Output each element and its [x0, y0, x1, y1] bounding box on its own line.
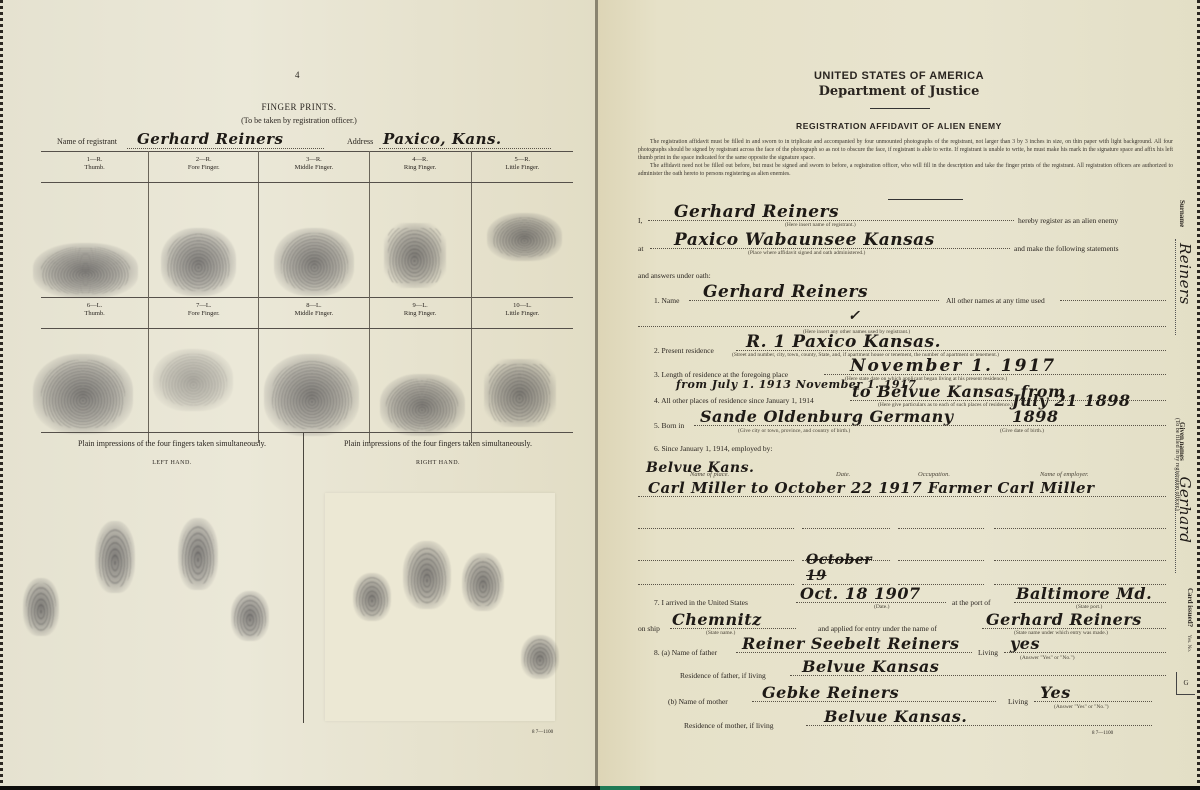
q8b-residence-field: Belvue Kansas. [806, 711, 1152, 726]
finger-header-9: 9—L.Ring Finger. [369, 298, 471, 329]
finger-name: Little Finger. [472, 310, 573, 318]
print-cell-9 [369, 329, 471, 444]
q1-label: 1. Name [654, 296, 679, 305]
fingerprint-image [274, 228, 354, 296]
q7-port-field: Baltimore Md. [1014, 588, 1166, 603]
finger-name: Middle Finger. [259, 310, 368, 318]
q8a-label: 8. (a) Name of father [654, 648, 717, 657]
q2-residence-field: R. 1 Paxico Kansas. [736, 336, 1166, 351]
instructions: The registration affidavit must be fille… [638, 138, 1173, 178]
left-plain-print-index [231, 591, 269, 641]
left-plain-print-little [23, 578, 59, 636]
finger-header-8: 8—L.Middle Finger. [259, 298, 369, 329]
q2-residence-value: R. 1 Paxico Kansas. [746, 334, 941, 350]
q6-row-2-date [802, 516, 890, 529]
plain-caption-right: Plain impressions of the four fingers ta… [303, 439, 573, 448]
oath-line: and answers under oath: [638, 271, 711, 280]
q8b-living-value: Yes [1040, 685, 1071, 701]
q5-birth-date-value: July 21 1898 1898 [1012, 393, 1166, 425]
q6-col-occupation: Occupation. [918, 471, 950, 478]
address-value: Paxico, Kans. [383, 130, 502, 148]
q5-label: 5. Born in [654, 421, 684, 430]
fingerprint-image [161, 228, 236, 296]
q6-row-2-employer [994, 516, 1166, 529]
q7-port-label: at the port of [952, 598, 991, 607]
card-issued-label: Card issued? [1186, 588, 1194, 627]
finger-name: Little Finger. [472, 164, 573, 172]
q7-date-caption: (Date.) [874, 604, 889, 610]
q6-row-4-place [638, 572, 794, 585]
print-cell-3 [259, 183, 369, 298]
right-plain-print-ring [462, 553, 504, 611]
q8a-father-value: Reiner Seebelt Reiners [742, 636, 960, 652]
q6-col-employer: Name of employer. [1040, 471, 1089, 478]
q6-employment-row-1-value: Carl Miller to October 22 1917 Farmer Ca… [648, 480, 1094, 496]
q8b-living-caption: (Answer "Yes" or "No.") [1054, 704, 1109, 710]
q8a-residence-value: Belvue Kansas [802, 659, 939, 675]
registrant-name-value: Gerhard Reiners [674, 204, 839, 220]
print-cell-10 [471, 329, 573, 444]
q8b-living-label: Living [1008, 697, 1028, 706]
instruction-paragraph-2: The affidavit need not be filled out bef… [638, 162, 1173, 178]
print-cell-1 [41, 183, 149, 298]
header-rule [870, 108, 930, 109]
q1-other-names-value: ✓ [848, 308, 860, 324]
instructions-rule [888, 199, 963, 200]
finger-header-5: 5—R.Little Finger. [471, 152, 573, 183]
finger-prints-title: FINGER PRINTS. [0, 102, 598, 112]
fingerprint-image [153, 349, 233, 411]
print-cell-5 [471, 183, 573, 298]
declaration-suffix-2: and make the following statements [1014, 244, 1119, 253]
fingerprint-image [487, 213, 562, 261]
place-value: Paxico Wabaunsee Kansas [674, 232, 935, 248]
q5-date-caption: (Give date of birth.) [1000, 428, 1044, 434]
finger-header-4: 4—R.Ring Finger. [369, 152, 471, 183]
registrant-value: Gerhard Reiners [137, 130, 284, 148]
fingerprint-image [264, 354, 359, 436]
q6-row-3-place [638, 548, 794, 561]
fingerprint-image [33, 354, 133, 434]
q8a-living-value: yes [1010, 636, 1040, 652]
card-issued-options: Yes. No. [1186, 635, 1191, 652]
q7-date-value: Oct. 18 1907 [800, 586, 921, 602]
country-heading: UNITED STATES OF AMERICA [598, 70, 1200, 82]
left-plain-print-ring [95, 521, 135, 593]
green-tab [600, 786, 640, 790]
print-cell-2 [149, 183, 259, 298]
finger-prints-subtitle: (To be taken by registration officer.) [0, 116, 598, 125]
declaration-suffix-1: hereby register as an alien enemy [1018, 216, 1118, 225]
finger-header-2: 2—R.Fore Finger. [149, 152, 259, 183]
right-hand-header-row: 1—R.Thumb. 2—R.Fore Finger. 3—R.Middle F… [41, 152, 573, 183]
q6-col-place: Name of place. [690, 471, 729, 478]
q8b-label: (b) Name of mother [668, 697, 728, 706]
finger-number: 4—R. [370, 156, 471, 164]
registrant-row: Name of registrant Gerhard Reiners Addre… [57, 128, 557, 150]
at-label: at [638, 244, 643, 253]
address-label: Address [347, 137, 373, 146]
form-number-right: 8 7—1100 [1092, 731, 1113, 736]
q7-label: 7. I arrived in the United States [654, 598, 748, 607]
department-heading: Department of Justice [598, 84, 1200, 99]
finger-number: 6—L. [41, 302, 148, 310]
print-cell-8 [259, 329, 369, 444]
right-plain-print-middle [403, 541, 451, 609]
finger-number: 7—L. [149, 302, 258, 310]
q1-name-field: Gerhard Reiners [689, 286, 939, 301]
registrant-label: Name of registrant [57, 137, 117, 146]
finger-name: Thumb. [41, 164, 148, 172]
place-field: Paxico Wabaunsee Kansas [650, 234, 1010, 249]
right-hand-prints-row [41, 183, 573, 298]
q6-row-4-date: October 19 [802, 566, 890, 585]
q8b-residence-label: Residence of mother, if living [684, 721, 773, 730]
surname-label: Surname [1178, 200, 1186, 227]
hand-divider [303, 433, 304, 723]
right-hand-label: RIGHT HAND. [303, 460, 573, 466]
q8a-living-field: yes [1004, 638, 1166, 653]
q6-extra-value: October 19 [806, 552, 890, 584]
q4-label: 4. All other places of residence since J… [654, 396, 814, 405]
q6-employment-row-1: Carl Miller to October 22 1917 Farmer Ca… [638, 480, 1166, 497]
q3-length-field: November 1. 1917 [824, 360, 1166, 375]
q8a-residence-field: Belvue Kansas [790, 661, 1166, 676]
q5-birth-place-value: Sande Oldenburg Germany [700, 409, 954, 425]
q7-ship-value: Chemnitz [672, 612, 762, 628]
right-plain-print-index [353, 573, 391, 621]
finger-header-1: 1—R.Thumb. [41, 152, 149, 183]
page-number: 4 [295, 70, 300, 80]
place-caption: (Place where affidavit signed and oath a… [748, 250, 865, 256]
q8a-father-field: Reiner Seebelt Reiners [736, 638, 972, 653]
plain-impressions-section: Plain impressions of the four fingers ta… [41, 432, 573, 723]
form-number-left: 8 7—1100 [532, 730, 553, 735]
instruction-paragraph-1: The registration affidavit must be fille… [638, 138, 1173, 162]
scan-bottom-edge [0, 786, 1200, 790]
finger-name: Ring Finger. [370, 164, 471, 172]
print-cell-6 [41, 329, 149, 444]
finger-header-10: 10—L.Little Finger. [471, 298, 573, 329]
form-title: REGISTRATION AFFIDAVIT OF ALIEN ENEMY [598, 121, 1200, 131]
finger-header-6: 6—L.Thumb. [41, 298, 149, 329]
q6-row-2-occupation [898, 516, 984, 529]
fingerprint-table: 1—R.Thumb. 2—R.Fore Finger. 3—R.Middle F… [41, 151, 573, 443]
left-hand-header-row: 6—L.Thumb. 7—L.Fore Finger. 8—L.Middle F… [41, 298, 573, 329]
q1-other-names-field [1060, 290, 1166, 301]
fingerprint-image [380, 374, 465, 436]
finger-name: Thumb. [41, 310, 148, 318]
q5-place-caption: (Give city or town, province, and countr… [738, 428, 850, 434]
fingerprint-image [384, 223, 446, 288]
q8b-mother-field: Gebke Reiners [752, 687, 996, 702]
g-box: G [1176, 672, 1195, 695]
q7-port-value: Baltimore Md. [1016, 586, 1152, 602]
finger-number: 8—L. [259, 302, 368, 310]
print-cell-7 [149, 329, 259, 444]
left-plain-print-middle [178, 518, 218, 590]
given-names-caption: (To be filled in by registration officer… [1174, 418, 1180, 511]
q5-birth-field: Sande Oldenburg Germany July 21 1898 189… [694, 411, 1166, 426]
q8b-mother-value: Gebke Reiners [762, 685, 899, 701]
registrant-field: Gerhard Reiners [127, 128, 324, 149]
left-hand-label: LEFT HAND. [41, 460, 303, 466]
finger-number: 10—L. [472, 302, 573, 310]
q1-other-names-line-2: ✓ [638, 314, 1166, 327]
q6-row-3-occupation [898, 548, 984, 561]
q7-ship-label: on ship [638, 624, 660, 633]
declaration-prefix: I, [638, 216, 642, 225]
q8a-living-label: Living [978, 648, 998, 657]
q7-entry-label: and applied for entry under the name of [818, 624, 937, 633]
q7-ship-caption: (State name.) [706, 630, 735, 636]
finger-name: Fore Finger. [149, 310, 258, 318]
finger-name: Middle Finger. [259, 164, 368, 172]
attached-paper-patch [325, 493, 555, 721]
q6-label: 6. Since January 1, 1914, employed by: [654, 444, 773, 453]
side-surname: Surname Reiners [1176, 200, 1194, 335]
q6-col-date: Date. [836, 471, 850, 478]
registrant-caption: (Here insert name of registrant.) [785, 222, 856, 228]
left-hand-prints-row [41, 329, 573, 444]
q6-row-3-employer [994, 548, 1166, 561]
plain-caption-left: Plain impressions of the four fingers ta… [41, 439, 303, 448]
officer-side-strip: Surname Reiners Given names Gerhard (To … [1168, 200, 1198, 720]
finger-name: Fore Finger. [149, 164, 258, 172]
finger-name: Ring Finger. [370, 310, 471, 318]
finger-number: 9—L. [370, 302, 471, 310]
fingerprint-image [33, 243, 138, 298]
finger-number: 5—R. [472, 156, 573, 164]
q3-length-value: November 1. 1917 [850, 358, 1056, 374]
q6-row-2-place [638, 516, 794, 529]
registrant-name-field: Gerhard Reiners [648, 206, 1014, 221]
finger-header-7: 7—L.Fore Finger. [149, 298, 259, 329]
q7-date-field: Oct. 18 1907 [796, 588, 946, 603]
q7-ship-field: Chemnitz [670, 614, 796, 629]
q7-entry-name-value: Gerhard Reiners [986, 612, 1142, 628]
q1-name-value: Gerhard Reiners [703, 284, 868, 300]
print-cell-4 [369, 183, 471, 298]
q8a-residence-label: Residence of father, if living [680, 671, 766, 680]
q8b-residence-value: Belvue Kansas. [824, 709, 967, 725]
address-field: Paxico, Kans. [379, 128, 551, 149]
q1-other-names-label: All other names at any time used [946, 296, 1045, 305]
finger-number: 2—R. [149, 156, 258, 164]
finger-number: 3—R. [259, 156, 368, 164]
q7-entry-name-field: Gerhard Reiners [982, 614, 1166, 629]
q8b-living-field: Yes [1034, 687, 1152, 702]
left-page-finger-prints: 4 FINGER PRINTS. (To be taken by registr… [0, 0, 598, 786]
finger-number: 1—R. [41, 156, 148, 164]
finger-header-3: 3—R.Middle Finger. [259, 152, 369, 183]
surname-value: Reiners [1175, 239, 1194, 335]
side-card-issued: Card issued? Yes. No. [1186, 588, 1194, 652]
right-plain-print-little [521, 635, 559, 679]
q2-label: 2. Present residence [654, 346, 714, 355]
fingerprint-image [484, 359, 556, 427]
